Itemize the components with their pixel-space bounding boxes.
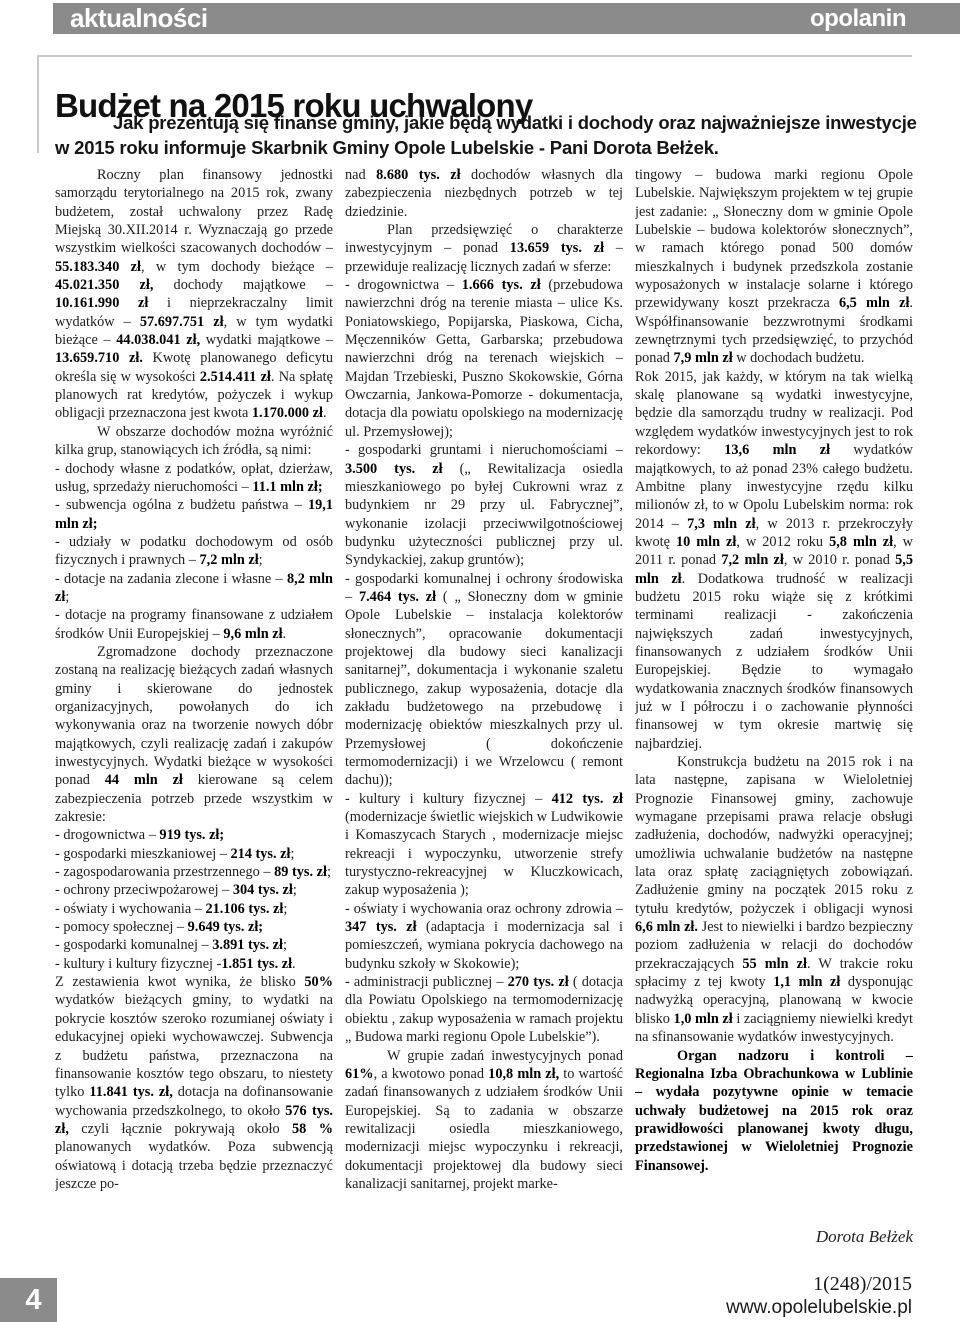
paragraph: - subwencja ogólna z budżetu państwa – 1… xyxy=(55,496,333,533)
paragraph: - gospodarki komunalnej – 3.891 tys. zł; xyxy=(55,936,333,954)
footer-issue-block: 1(248)/2015 www.opolelubelskie.pl xyxy=(726,1272,912,1320)
article-lead-line2: w 2015 roku informuje Skarbnik Gminy Opo… xyxy=(55,135,917,160)
paragraph: - drogownictwa – 919 tys. zł; xyxy=(55,826,333,844)
paragraph: W obszarze dochodów można wyróżnić kilka… xyxy=(55,423,333,460)
paragraph: Organ nadzoru i kontroli – Regionalna Iz… xyxy=(635,1047,913,1175)
paragraph: Plan przedsięwzięć o charakterze inwesty… xyxy=(345,221,623,276)
paragraph: - kultury i kultury fizycznej -1.851 tys… xyxy=(55,955,333,973)
paragraph: Z zestawienia kwot wynika, że blisko 50%… xyxy=(55,973,333,1193)
publication-name: opolanin xyxy=(810,5,960,33)
article-column-2: nad 8.680 tys. zł dochodów własnych dla … xyxy=(345,166,623,1270)
paragraph: Rok 2015, jak każdy, w którym na tak wie… xyxy=(635,368,913,753)
paragraph: - administracji publicznej – 270 tys. zł… xyxy=(345,973,623,1046)
paragraph: - ochrony przeciwpożarowej – 304 tys. zł… xyxy=(55,881,333,899)
article-lead: Jak prezentują się finanse gminy, jakie … xyxy=(55,110,917,160)
website-url: www.opolelubelskie.pl xyxy=(726,1296,912,1320)
issue-number: 1(248)/2015 xyxy=(726,1272,912,1296)
article-column-1: Roczny plan finansowy jednostki samorząd… xyxy=(55,166,333,1270)
paragraph: - dotacje na zadania zlecone i własne – … xyxy=(55,570,333,607)
paragraph: - oświaty i wychowania – 21.106 tys. zł; xyxy=(55,900,333,918)
article-lead-line1: Jak prezentują się finanse gminy, jakie … xyxy=(55,110,917,135)
paragraph: - oświaty i wychowania oraz ochrony zdro… xyxy=(345,900,623,973)
paragraph: - dotacje na programy finansowane z udzi… xyxy=(55,606,333,643)
page-number: 4 xyxy=(15,1284,41,1317)
page-number-box: 4 xyxy=(0,1278,57,1322)
paragraph: - dochody własne z podatków, opłat, dzie… xyxy=(55,460,333,497)
paragraph: - gospodarki gruntami i nieruchomościami… xyxy=(345,441,623,569)
paragraph: Konstrukcja budżetu na 2015 rok i na lat… xyxy=(635,753,913,1047)
paragraph: - udziały w podatku dochodowym od osób f… xyxy=(55,533,333,570)
paragraph: W grupie zadań inwestycyjnych ponad 61%,… xyxy=(345,1047,623,1194)
section-title: aktualności xyxy=(53,3,208,34)
author-signature: Dorota Bełżek xyxy=(635,1227,913,1247)
paragraph: Zgromadzone dochody przeznaczone zostaną… xyxy=(55,643,333,826)
header-bar: aktualności opolanin xyxy=(53,3,960,34)
paragraph: tingowy – budowa marki regionu Opole Lub… xyxy=(635,166,913,368)
paragraph: - zagospodarowania przestrzennego – 89 t… xyxy=(55,863,333,881)
paragraph: - drogownictwa – 1.666 tys. zł (przebudo… xyxy=(345,276,623,441)
paragraph: - kultury i kultury fizycznej – 412 tys.… xyxy=(345,790,623,900)
paragraph: - pomocy społecznej – 9.649 tys. zł; xyxy=(55,918,333,936)
paragraph: - gospodarki komunalnej i ochrony środow… xyxy=(345,570,623,790)
paragraph: Roczny plan finansowy jednostki samorząd… xyxy=(55,166,333,423)
article-column-3: tingowy – budowa marki regionu Opole Lub… xyxy=(635,166,913,1270)
paragraph: nad 8.680 tys. zł dochodów własnych dla … xyxy=(345,166,623,221)
paragraph: - gospodarki mieszkaniowej – 214 tys. zł… xyxy=(55,845,333,863)
